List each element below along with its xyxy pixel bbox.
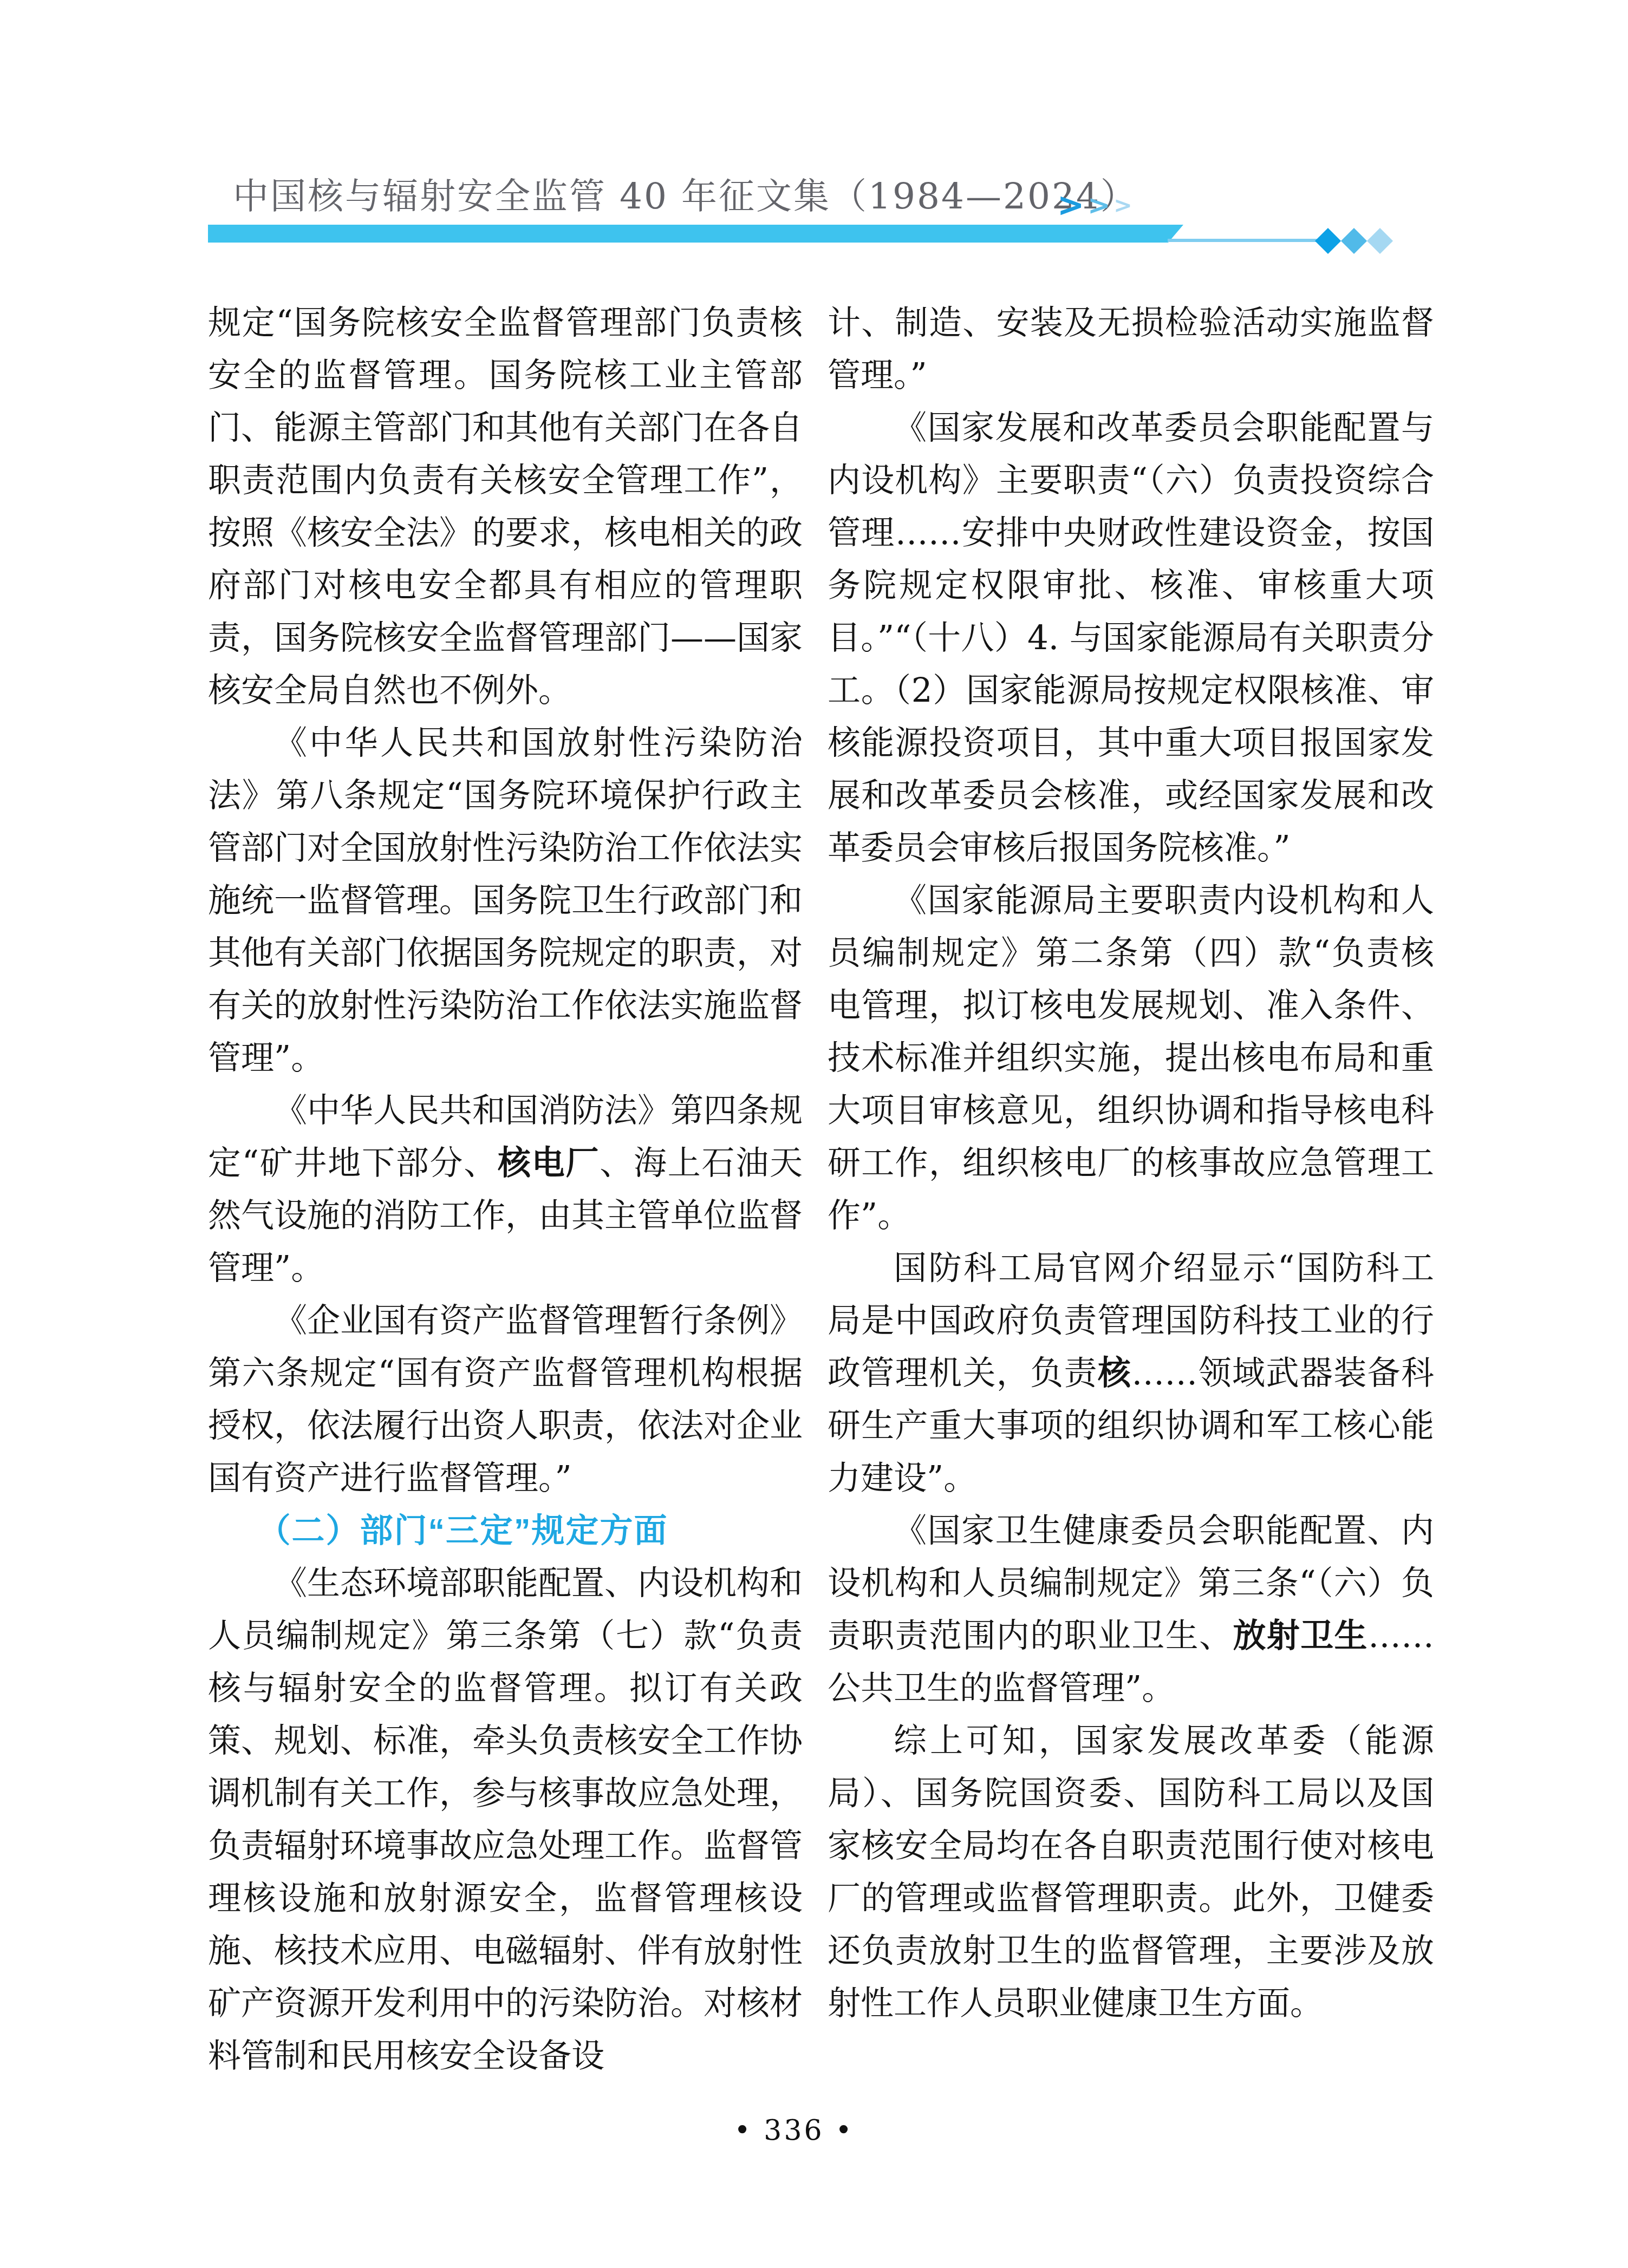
paragraph: 综上可知，国家发展改革委（能源局）、国务院国资委、国防科工局以及国家核安全局均在… xyxy=(828,1715,1434,2030)
chevron-right-icon: > xyxy=(1087,189,1110,221)
section-heading: （二）部门“三定”规定方面 xyxy=(208,1505,803,1557)
diamond-icon xyxy=(1341,228,1367,254)
bold-text-run: 核 xyxy=(1098,1354,1131,1393)
text-run: 《国家发展和改革委员会职能配置与内设机构》主要职责“（六）负责投资综合管理……安… xyxy=(828,409,1434,867)
paragraph: 国防科工局官网介绍显示“国防科工局是中国政府负责管理国防科技工业的行政管理机关，… xyxy=(828,1242,1434,1505)
text-run: （二）部门“三定”规定方面 xyxy=(258,1512,668,1549)
text-column-right: 计、制造、安装及无损检验活动实施监督管理。”《国家发展和改革委员会职能配置与内设… xyxy=(828,297,1434,2030)
book-title: 中国核与辐射安全监管 40 年征文集（1984—2024） xyxy=(233,177,1138,217)
paragraph: 《企业国有资产监督管理暂行条例》第六条规定“国有资产监督管理机构根据授权，依法履… xyxy=(208,1295,803,1505)
paragraph: 规定“国务院核安全监督管理部门负责核安全的监督管理。国务院核工业主管部门、能源主… xyxy=(208,297,803,717)
text-run: 计、制造、安装及无损检验活动实施监督管理。” xyxy=(828,304,1434,395)
paragraph: 《国家发展和改革委员会职能配置与内设机构》主要职责“（六）负责投资综合管理……安… xyxy=(828,402,1434,874)
paragraph: 《中华人民共和国放射性污染防治法》第八条规定“国务院环境保护行政主管部门对全国放… xyxy=(208,717,803,1084)
header-accent-line xyxy=(1168,239,1318,242)
text-run: 规定“国务院核安全监督管理部门负责核安全的监督管理。国务院核工业主管部门、能源主… xyxy=(208,304,803,710)
page-number: • 336 • xyxy=(0,2114,1588,2147)
page: { "header": { "title": "中国核与辐射安全监管 40 年征… xyxy=(0,0,1628,2268)
paragraph: 《中华人民共和国消防法》第四条规定“矿井地下部分、核电厂、海上石油天然气设施的消… xyxy=(208,1084,803,1295)
bold-text-run: 放射卫生 xyxy=(1233,1617,1368,1655)
text-run: 《中华人民共和国放射性污染防治法》第八条规定“国务院环境保护行政主管部门对全国放… xyxy=(208,724,803,1077)
chevrons-icon: > > > xyxy=(1057,186,1176,224)
text-run: 综上可知，国家发展改革委（能源局）、国务院国资委、国防科工局以及国家核安全局均在… xyxy=(828,1722,1434,2023)
bold-text-run: 核电厂 xyxy=(498,1144,600,1182)
text-run: 《生态环境部职能配置、内设机构和人员编制规定》第三条第（七）款“负责核与辐射安全… xyxy=(208,1564,803,2075)
paragraph: 《国家卫生健康委员会职能配置、内设机构和人员编制规定》第三条“（六）负责职责范围… xyxy=(828,1505,1434,1715)
diamond-icon xyxy=(1315,228,1341,254)
header-accent-bar xyxy=(208,225,1183,243)
chevron-right-icon: > xyxy=(1057,186,1084,224)
chevron-right-icon: > xyxy=(1113,192,1132,218)
text-run: 《国家能源局主要职责内设机构和人员编制规定》第二条第（四）款“负责核电管理，拟订… xyxy=(828,881,1434,1235)
diamond-icon xyxy=(1367,228,1393,254)
paragraph: 《国家能源局主要职责内设机构和人员编制规定》第二条第（四）款“负责核电管理，拟订… xyxy=(828,874,1434,1242)
text-run: 《企业国有资产监督管理暂行条例》第六条规定“国有资产监督管理机构根据授权，依法履… xyxy=(208,1302,803,1498)
paragraph: 《生态环境部职能配置、内设机构和人员编制规定》第三条第（七）款“负责核与辐射安全… xyxy=(208,1557,803,2082)
paragraph: 计、制造、安装及无损检验活动实施监督管理。” xyxy=(828,297,1434,402)
text-column-left: 规定“国务院核安全监督管理部门负责核安全的监督管理。国务院核工业主管部门、能源主… xyxy=(208,297,803,2082)
